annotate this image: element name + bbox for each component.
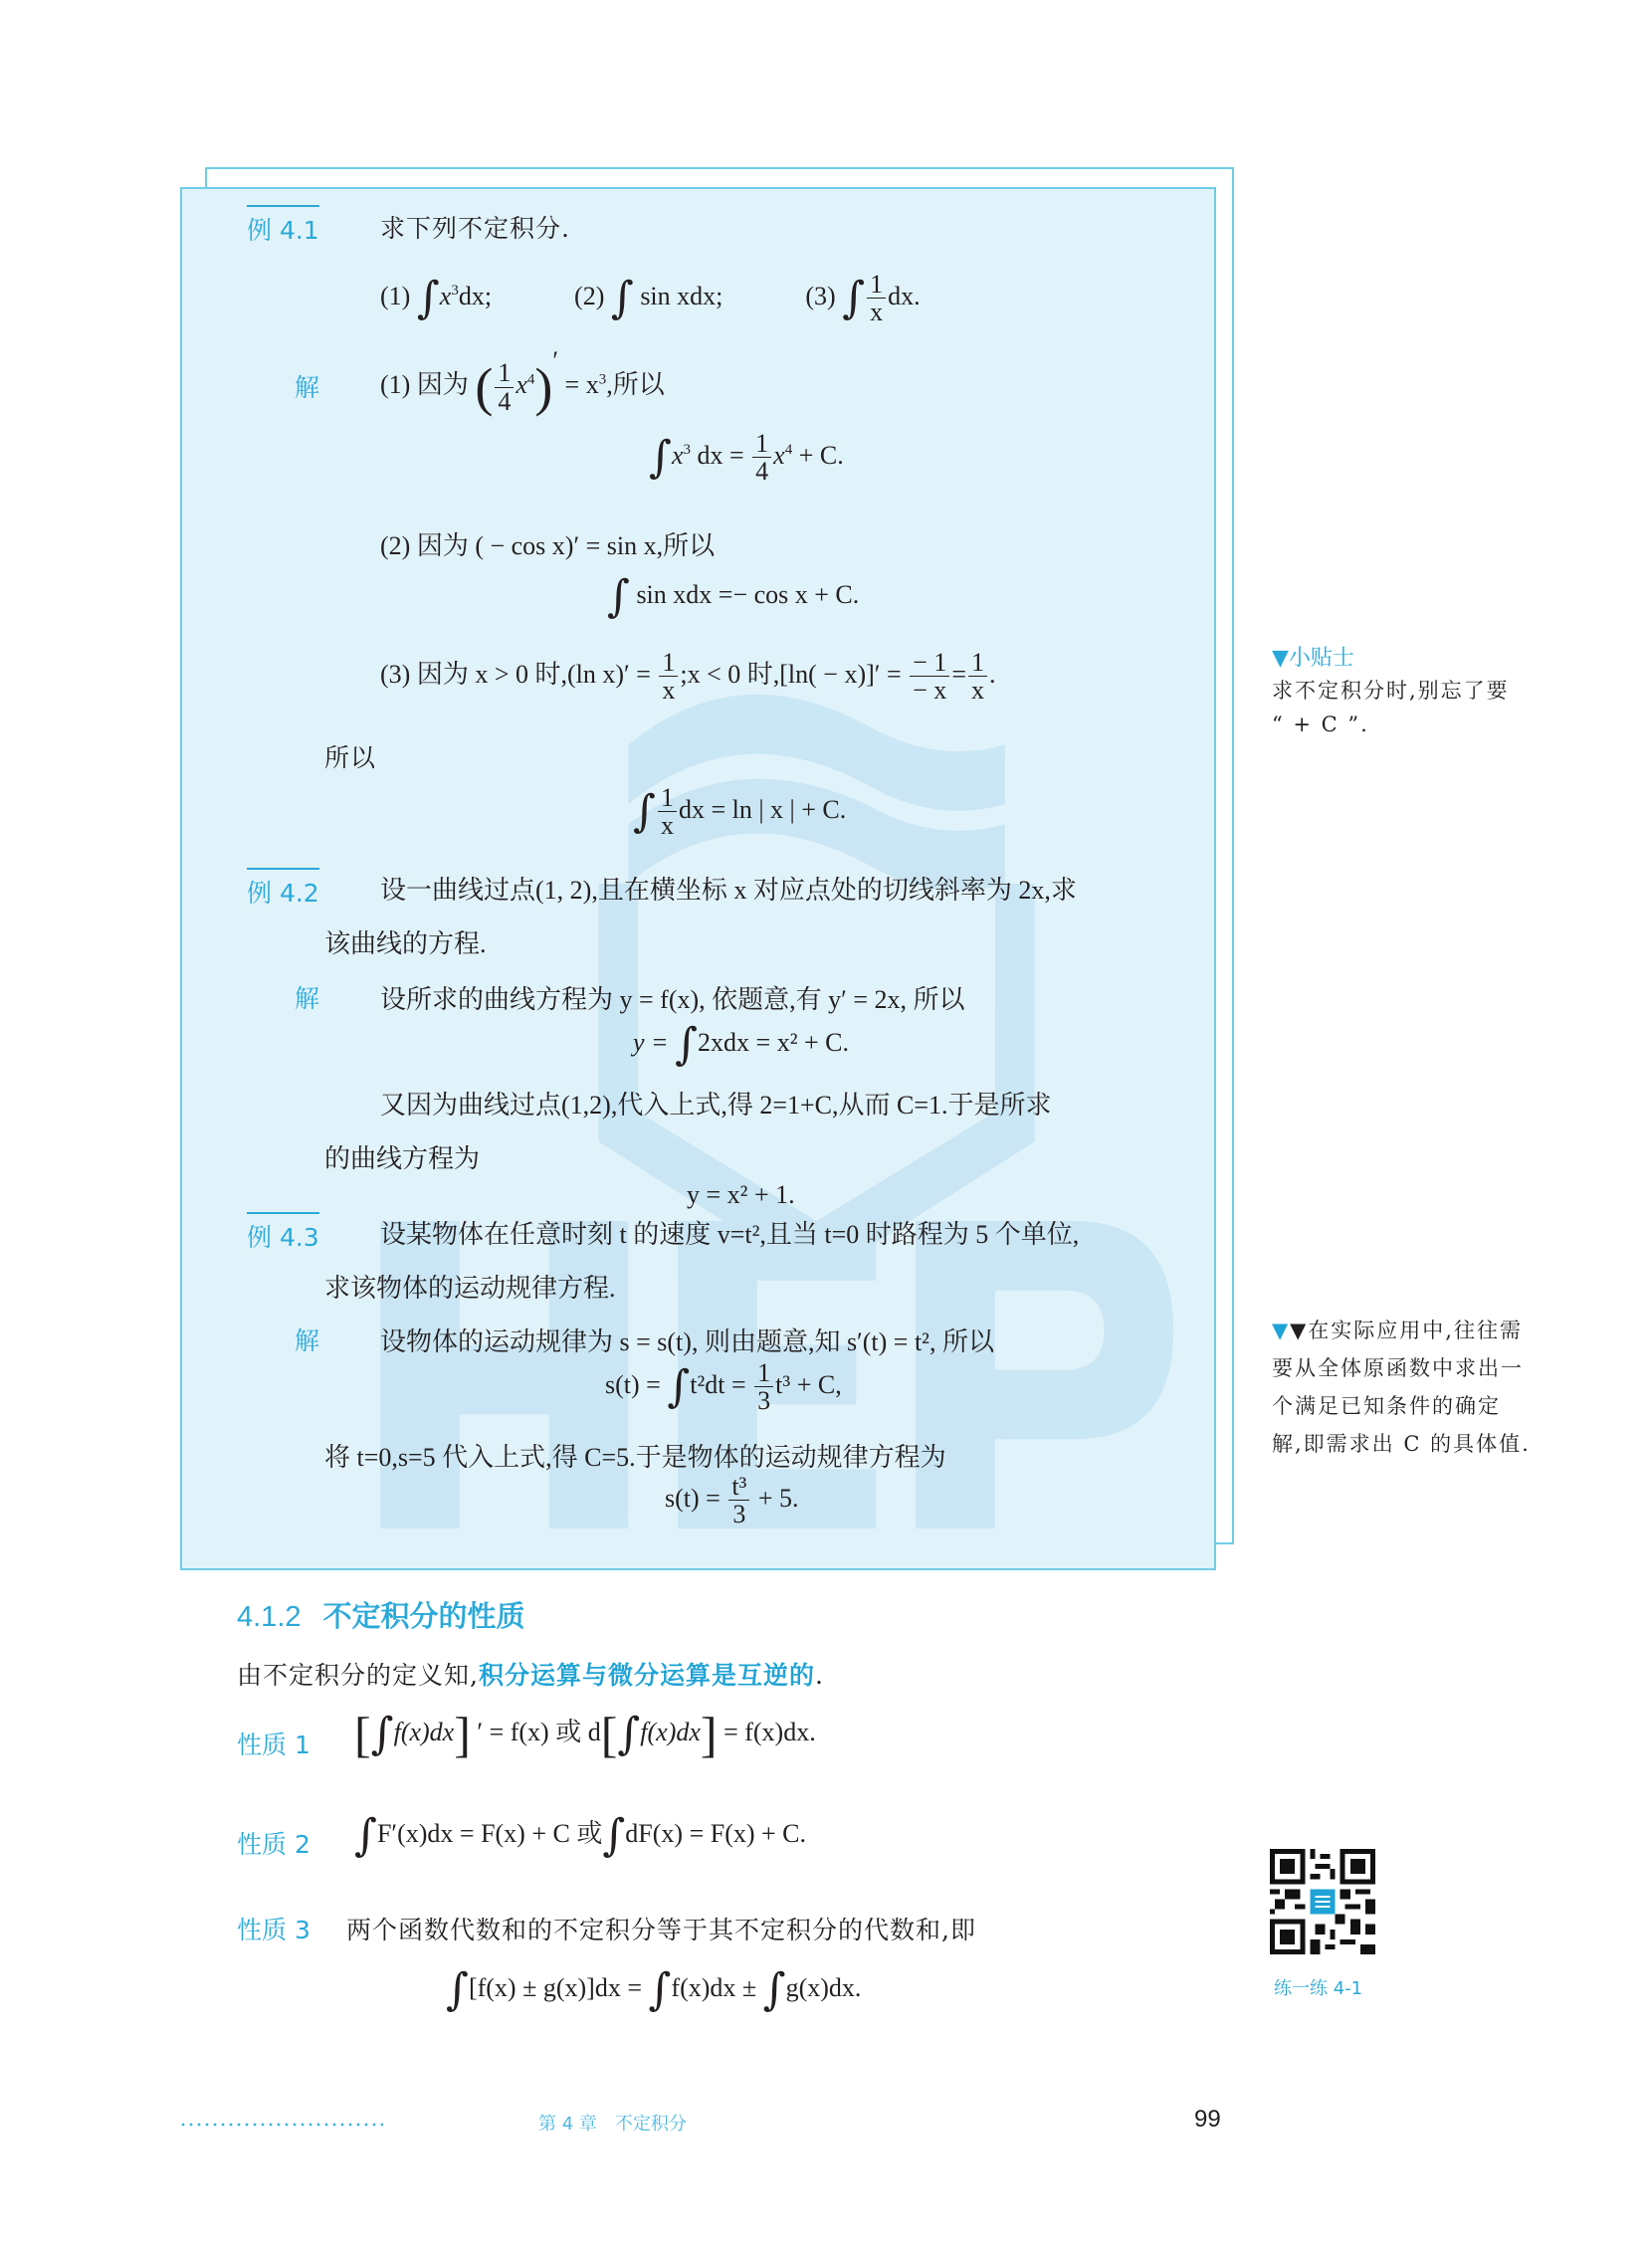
example-4-3-solution-line-1: 设物体的运动规律为 s = s(t), 则由题意,知 s′(t) = t², 所… bbox=[380, 1322, 994, 1358]
example-4-1-items: (1) ∫x3dx; (2) ∫ sin xdx; (3) ∫1xdx. bbox=[380, 271, 921, 326]
variable: x bbox=[516, 370, 527, 399]
integral-sign-icon: ∫ bbox=[611, 273, 634, 323]
equation-1: ∫x3 dx = 14x4 + C. bbox=[649, 430, 844, 486]
denominator: 3 bbox=[728, 1501, 749, 1528]
example-4-2-solution-line-1: 设所求的曲线方程为 y = f(x), 依题意,有 y′ = 2x, 所以 bbox=[380, 979, 965, 1016]
denominator: − x bbox=[910, 677, 949, 704]
intro-text: 由不定积分的定义知, bbox=[237, 1661, 479, 1690]
note-line-2: 要从全体原函数中求出一 bbox=[1272, 1349, 1531, 1387]
denominator: 4 bbox=[752, 458, 771, 485]
property-1-formula: [∫f(x)dx] ′ = f(x) 或 d[∫f(x)dx] = f(x)dx… bbox=[354, 1710, 816, 1759]
tip-note: ▼小贴士 求不定积分时,别忘了要 “ + C ”. bbox=[1272, 641, 1510, 739]
integral-sign-icon: ∫ bbox=[354, 1810, 377, 1861]
equation-text: sin xdx =− cos x + C. bbox=[636, 580, 859, 609]
formula-text: [f(x) ± g(x)]dx = bbox=[469, 1973, 642, 2002]
example-4-3-label: 例 4.3 bbox=[247, 1212, 319, 1254]
property-3-formula: ∫[f(x) ± g(x)]dx = ∫f(x)dx ± ∫g(x)dx. bbox=[446, 1968, 861, 2012]
example-4-2-label: 例 4.2 bbox=[247, 868, 319, 910]
example-4-3-equation-1: s(t) = ∫t²dt = 13t³ + C, bbox=[605, 1359, 842, 1415]
numerator: t³ bbox=[728, 1473, 749, 1501]
equation-text: + 5. bbox=[758, 1484, 799, 1513]
fraction: − 1− x bbox=[910, 649, 949, 705]
item-2-tail: dx; bbox=[690, 282, 723, 310]
equation-text: y = bbox=[633, 1028, 669, 1057]
fraction: 1x bbox=[658, 784, 677, 840]
integral-sign-icon: ∫ bbox=[633, 786, 656, 837]
fraction: 13 bbox=[754, 1359, 773, 1415]
example-4-1-label: 例 4.1 bbox=[247, 205, 319, 247]
intro-text: . bbox=[815, 1661, 824, 1690]
section-number: 4.1.2 bbox=[237, 1601, 302, 1633]
step-text: = x bbox=[565, 370, 599, 399]
page-number: 99 bbox=[1194, 2106, 1221, 2134]
tip-line-2: “ + C ”. bbox=[1272, 710, 1510, 739]
bracket-right: ] bbox=[701, 1707, 718, 1762]
denominator: x bbox=[867, 299, 886, 325]
denominator: 3 bbox=[754, 1387, 773, 1414]
integral-sign-icon: ∫ bbox=[648, 1964, 671, 2015]
numerator: 1 bbox=[659, 649, 678, 677]
fraction: 14 bbox=[752, 430, 771, 486]
integral-sign-icon: ∫ bbox=[649, 432, 672, 483]
section-intro: 由不定积分的定义知,积分运算与微分运算是互逆的. bbox=[237, 1656, 824, 1692]
denominator: x bbox=[968, 677, 987, 704]
numerator: 1 bbox=[867, 271, 886, 299]
fraction: t³3 bbox=[728, 1473, 749, 1528]
item-1-tail: dx; bbox=[459, 282, 492, 310]
integral-sign-icon: ∫ bbox=[446, 1964, 469, 2015]
note-line-4: 解,即需求出 C 的具体值. bbox=[1272, 1425, 1531, 1463]
solution-step-2: (2) 因为 ( − cos x)′ = sin x,所以 bbox=[380, 525, 715, 562]
example-4-2-equation-2: y = x² + 1. bbox=[687, 1180, 795, 1210]
formula-text: ′ = f(x) 或 d bbox=[477, 1718, 600, 1746]
equation-3: ∫1xdx = ln | x | + C. bbox=[633, 784, 846, 840]
equation-text: t²dt = bbox=[690, 1370, 745, 1399]
integral-sign-icon: ∫ bbox=[371, 1709, 394, 1759]
denominator: 4 bbox=[495, 388, 514, 415]
variable: x bbox=[773, 441, 785, 470]
step-text: (1) 因为 bbox=[380, 370, 469, 399]
solution-step-3: (3) 因为 x > 0 时,(ln x)′ = 1x;x < 0 时,[ln(… bbox=[380, 649, 995, 705]
equation-text: + C. bbox=[799, 441, 844, 470]
numerator: 1 bbox=[658, 784, 677, 812]
example-4-2-prompt-line-2: 该曲线的方程. bbox=[324, 923, 487, 960]
item-1-number: (1) bbox=[380, 282, 410, 310]
numerator: 1 bbox=[754, 1359, 773, 1387]
integral-sign-icon: ∫ bbox=[842, 273, 865, 323]
example-4-2-prompt-line-1: 设一曲线过点(1, 2),且在横坐标 x 对应点处的切线斜率为 2x,求 bbox=[380, 870, 1077, 907]
property-1-label: 性质 1 bbox=[237, 1726, 310, 1761]
item-1-exponent: 3 bbox=[451, 283, 459, 299]
note-line-1: ▼▼在实际应用中,往往需 bbox=[1272, 1312, 1531, 1349]
equation-text: dx = ln | x | + C. bbox=[679, 795, 846, 824]
footer-chapter: 第 4 章 不定积分 bbox=[538, 2110, 687, 2136]
note-line-3: 个满足已知条件的确定 bbox=[1272, 1387, 1531, 1425]
solution-label: 解 bbox=[295, 368, 319, 404]
item-3-number: (3) bbox=[805, 282, 835, 310]
numerator: − 1 bbox=[910, 649, 949, 677]
example-4-1-prompt: 求下列不定积分. bbox=[380, 209, 570, 245]
property-2-formula: ∫F′(x)dx = F(x) + C 或∫dF(x) = F(x) + C. bbox=[354, 1813, 806, 1858]
variable: x bbox=[672, 441, 684, 470]
example-4-3-solution-line-2: 将 t=0,s=5 代入上式,得 C=5.于是物体的运动规律方程为 bbox=[324, 1437, 946, 1474]
denominator: x bbox=[658, 812, 677, 839]
formula-text: dF(x) = F(x) + C. bbox=[625, 1819, 806, 1848]
integral-sign-icon: ∫ bbox=[617, 1709, 640, 1759]
fraction: 1x bbox=[867, 271, 886, 326]
equation-text: 2xdx = x² + C. bbox=[698, 1028, 849, 1057]
note-text: ▼在实际应用中,往往需 bbox=[1290, 1319, 1523, 1342]
example-4-3-prompt-line-1: 设某物体在任意时刻 t 的速度 v=t²,且当 t=0 时路程为 5 个单位, bbox=[380, 1214, 1079, 1251]
item-2-integrand: sin x bbox=[640, 282, 690, 310]
formula-text: f(x)dx ± bbox=[671, 1973, 756, 2002]
step-text: . bbox=[989, 660, 996, 689]
tip-title: ▼小贴士 bbox=[1272, 641, 1510, 672]
footer-dotted-rule bbox=[179, 2123, 383, 2127]
property-3-text: 两个函数代数和的不定积分等于其不定积分的代数和,即 bbox=[346, 1911, 976, 1946]
example-4-2-solution-line-2: 又因为曲线过点(1,2),代入上式,得 2=1+C,从而 C=1.于是所求 bbox=[380, 1085, 1052, 1121]
step-text: (3) 因为 x > 0 时,(ln x)′ = bbox=[380, 660, 651, 689]
example-4-3-prompt-line-2: 求该物体的运动规律方程. bbox=[324, 1268, 616, 1305]
example-4-2-solution-line-3: 的曲线方程为 bbox=[324, 1138, 480, 1175]
bracket-left: [ bbox=[354, 1707, 371, 1762]
paren-left: ( bbox=[475, 357, 493, 417]
therefore-text: 所以 bbox=[324, 738, 376, 774]
exponent: 4 bbox=[785, 442, 793, 458]
fraction: 1x bbox=[968, 649, 987, 705]
bracket-right: ] bbox=[454, 1707, 471, 1762]
equation-2: ∫ sin xdx =− cos x + C. bbox=[607, 575, 859, 619]
integral-sign-icon: ∫ bbox=[763, 1964, 786, 2015]
item-3-tail: dx. bbox=[888, 282, 921, 310]
equation-text: dx = bbox=[697, 441, 743, 470]
solution-label: 解 bbox=[295, 1322, 319, 1357]
exponent: 3 bbox=[683, 442, 691, 458]
equation-text: s(t) = bbox=[665, 1484, 721, 1513]
equation-text: s(t) = bbox=[605, 1370, 661, 1399]
bracket-left: [ bbox=[601, 1707, 618, 1762]
item-2-number: (2) bbox=[574, 282, 604, 310]
section-heading: 4.1.2不定积分的性质 bbox=[237, 1594, 525, 1635]
numerator: 1 bbox=[968, 649, 987, 677]
integral-sign-icon: ∫ bbox=[602, 1810, 625, 1861]
formula-text: f(x)dx bbox=[640, 1718, 701, 1746]
tip-line-1: 求不定积分时,别忘了要 bbox=[1272, 672, 1510, 710]
step-text: = bbox=[951, 660, 966, 689]
property-2-label: 性质 2 bbox=[237, 1825, 310, 1861]
formula-text: f(x)dx bbox=[394, 1718, 455, 1746]
intro-emphasis: 积分运算与微分运算是互逆的 bbox=[479, 1661, 815, 1690]
section-title: 不定积分的性质 bbox=[323, 1599, 525, 1633]
formula-text: F′(x)dx = F(x) + C 或 bbox=[377, 1819, 602, 1848]
numerator: 1 bbox=[752, 430, 771, 458]
qr-caption: 练一练 4-1 bbox=[1274, 1974, 1362, 2000]
fraction: 14 bbox=[495, 359, 514, 415]
example-4-3-equation-2: s(t) = t³3 + 5. bbox=[665, 1473, 799, 1528]
numerator: 1 bbox=[495, 359, 514, 387]
property-3-label: 性质 3 bbox=[237, 1911, 310, 1946]
application-note: ▼▼在实际应用中,往往需 要从全体原函数中求出一 个满足已知条件的确定 解,即需… bbox=[1272, 1312, 1531, 1463]
step-text: ,所以 bbox=[606, 370, 665, 399]
item-1-integrand: x bbox=[440, 282, 452, 310]
solution-step-1: (1) 因为 (14x4)′ = x3,所以 bbox=[380, 346, 665, 415]
solution-label: 解 bbox=[295, 979, 319, 1015]
integral-sign-icon: ∫ bbox=[607, 571, 630, 622]
step-text: ;x < 0 时,[ln( − x)]′ = bbox=[680, 660, 901, 689]
equation-text: t³ + C, bbox=[775, 1370, 842, 1399]
formula-text: = f(x)dx. bbox=[723, 1718, 816, 1746]
fraction: 1x bbox=[659, 649, 678, 705]
denominator: x bbox=[659, 677, 678, 704]
paren-right: ) bbox=[534, 357, 552, 417]
qr-code-icon[interactable] bbox=[1270, 1849, 1375, 1954]
integral-sign-icon: ∫ bbox=[675, 1019, 698, 1070]
integral-sign-icon: ∫ bbox=[417, 273, 440, 323]
formula-text: g(x)dx. bbox=[786, 1973, 862, 2002]
example-4-2-equation-1: y = ∫2xdx = x² + C. bbox=[633, 1023, 849, 1067]
integral-sign-icon: ∫ bbox=[667, 1361, 690, 1412]
